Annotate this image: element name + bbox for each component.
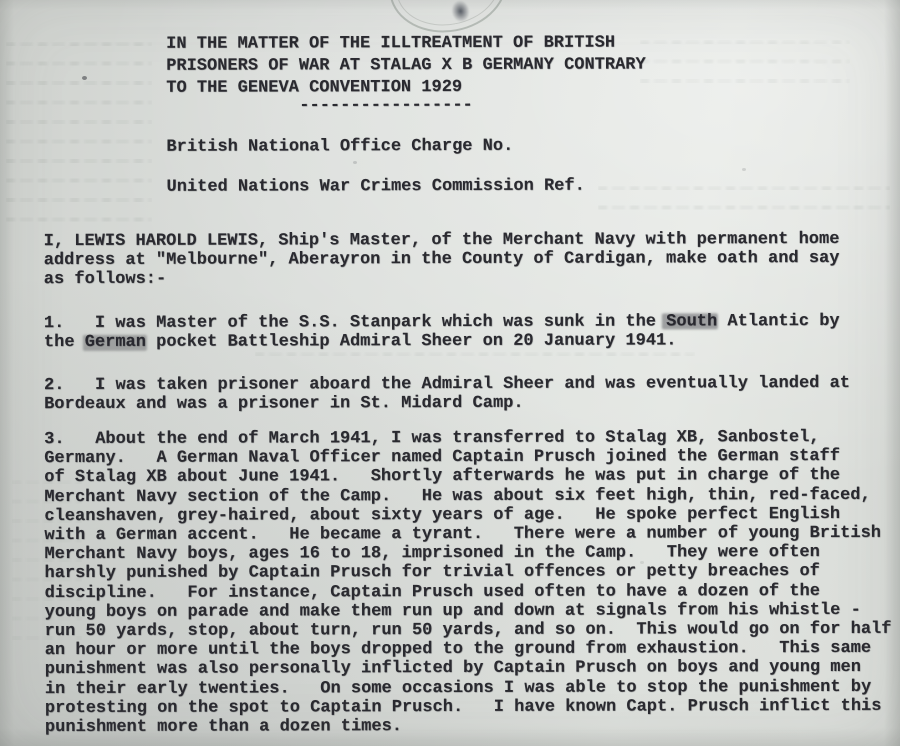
paragraph-1: 1. I was Master of the S.S. Stanpark whi…	[44, 312, 840, 352]
deponent-oath-statement: I, LEWIS HAROLD LEWIS, Ship's Master, of…	[44, 230, 840, 290]
paragraph-3: 3. About the end of March 1941, I was tr…	[44, 428, 892, 737]
overstrike-smudge	[662, 313, 718, 329]
case-title: IN THE MATTER OF THE ILLTREATMENT OF BRI…	[166, 32, 646, 99]
paragraph-2: 2. I was taken prisoner aboard the Admir…	[44, 374, 850, 415]
commission-ref-line: United Nations War Crimes Commission Ref…	[166, 177, 584, 197]
title-underline: -----------------	[299, 96, 472, 116]
charge-number-line: British National Office Charge No.	[166, 137, 513, 157]
typewritten-content: IN THE MATTER OF THE ILLTREATMENT OF BRI…	[0, 0, 900, 746]
scanned-affidavit-page: IN THE MATTER OF THE ILLTREATMENT OF BRI…	[0, 0, 900, 746]
overstrike-smudge	[83, 335, 147, 351]
